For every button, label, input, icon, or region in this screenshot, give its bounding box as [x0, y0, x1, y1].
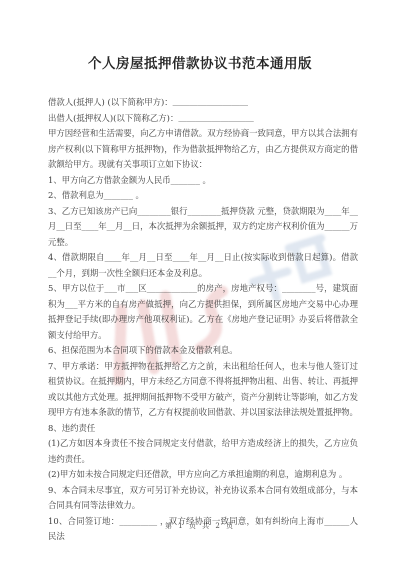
document-page: 个人房屋抵押借款协议书范本通用版 借款人(抵押人) (以下简称甲方)：＿＿＿＿＿…	[0, 0, 400, 565]
paragraph: 1、甲方向乙方借款金额为人民币_______ 。	[48, 173, 358, 189]
paragraph: 5、甲方以位于___市___区____________的房产，房地产权号：___…	[48, 281, 358, 343]
paragraph: 4、借款期限自____年__月__日至____年__月__日止(按实际收到借款日…	[48, 250, 358, 281]
paragraph: (1)乙方如因本身责任不按合同规定支付借款，给甲方造成经济上的损失，乙方应负违约…	[48, 436, 358, 467]
paragraph: 甲方因经营和生活需要，向乙方申请借款。双方经协商一致同意，甲方以其合法拥有房产权…	[48, 126, 358, 173]
page-number-footer: 第 1 页 共 2 页	[0, 521, 400, 531]
paragraph: 3、乙方已知该房产已向________银行________抵押贷款 元整，贷款期…	[48, 204, 358, 251]
paragraph: 9、本合同未尽事宜，双方可另订补充协议，补充协议系本合同有效组成部分，与本合同具…	[48, 483, 358, 514]
paragraph: 8、违约责任	[48, 421, 358, 437]
paragraph: 7、甲方承诺：甲方抵押物在抵押给乙方之前，未出租给任何人，也未与他人签订过租赁协…	[48, 359, 358, 421]
paragraph: 借款人(抵押人) (以下简称甲方)：＿＿＿＿＿＿＿＿＿	[48, 95, 358, 111]
document-body: 借款人(抵押人) (以下简称甲方)：＿＿＿＿＿＿＿＿＿出借人(抵押权人)(以下简…	[48, 95, 358, 545]
paragraph: 出借人(抵押权人)(以下简称乙方)：＿＿＿＿＿＿＿＿＿	[48, 111, 358, 127]
paragraph: (2)甲方如未按合同规定归还借款，甲方应向乙方承担逾期的利息，逾期利息为 。	[48, 467, 358, 483]
paragraph: 6、担保范围为本合同项下的借款本金及借款利息。	[48, 343, 358, 359]
paragraph: 2、借款利息为_______ 。	[48, 188, 358, 204]
document-title: 个人房屋抵押借款协议书范本通用版	[0, 52, 400, 72]
